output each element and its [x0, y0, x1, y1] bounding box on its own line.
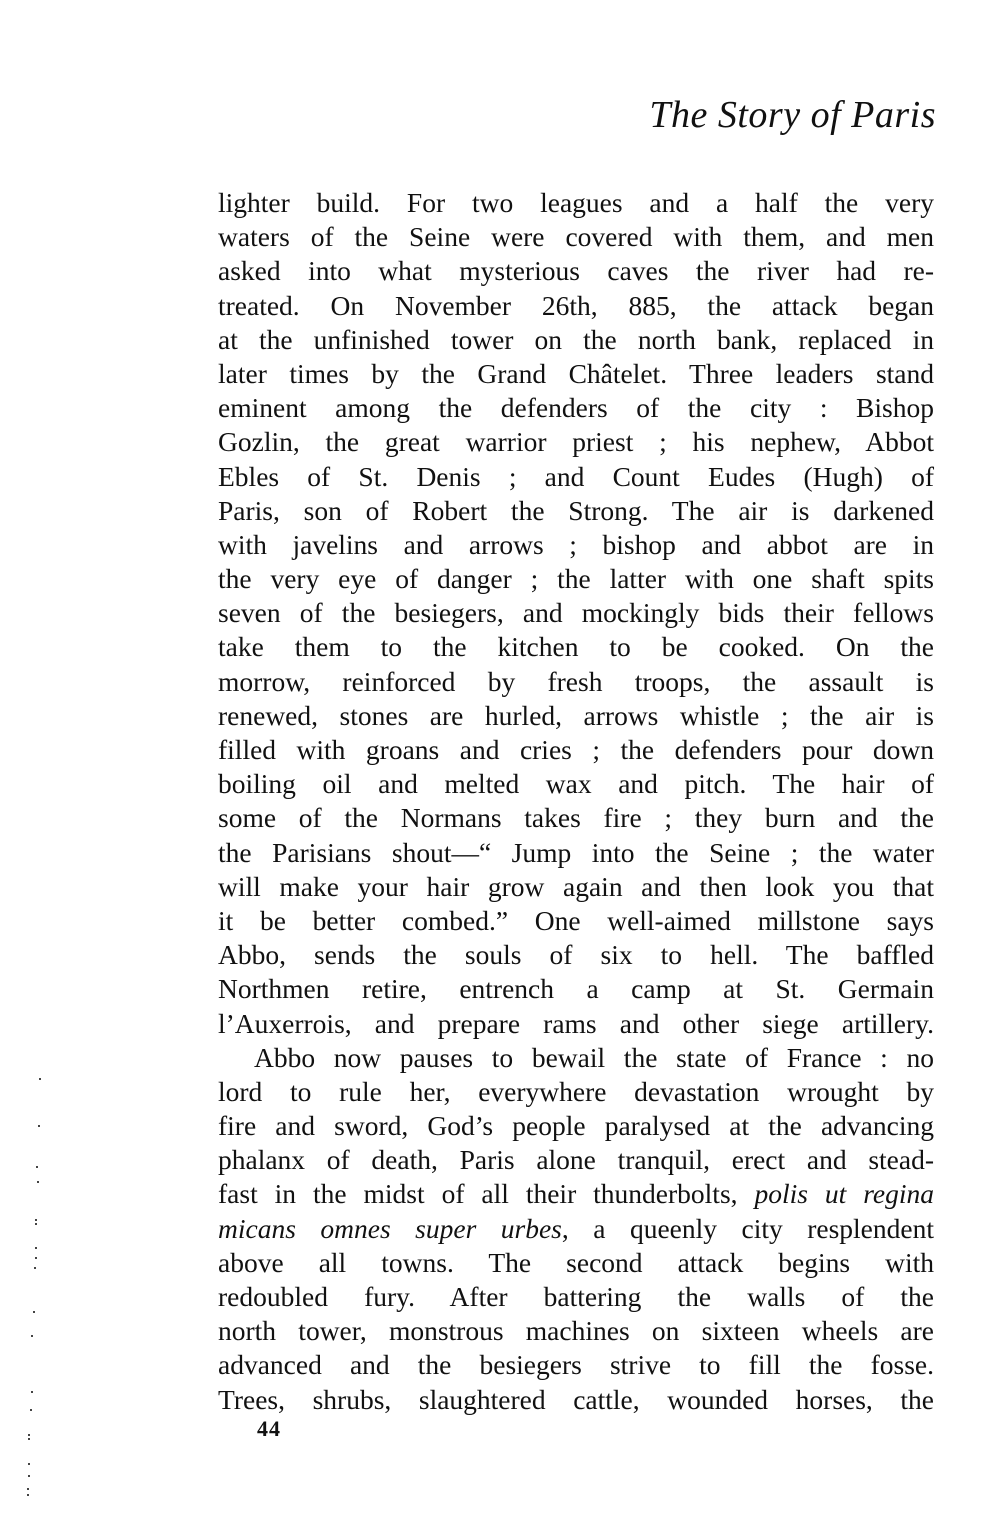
running-head-title: The Story of Paris	[649, 96, 936, 134]
text-line: the very eye of danger ; the latter with…	[218, 562, 934, 596]
text-line: seven of the besiegers, and mockingly bi…	[218, 596, 934, 630]
text-line: treated. On November 26th, 885, the atta…	[218, 289, 934, 323]
text-line: above all towns. The second attack begin…	[218, 1246, 934, 1280]
text-line: phalanx of death, Paris alone tranquil, …	[218, 1143, 934, 1177]
text-line: Paris, son of Robert the Strong. The air…	[218, 494, 934, 528]
text-line: will make your hair grow again and then …	[218, 870, 934, 904]
text-fragment: , a queenly city resplendent	[562, 1213, 934, 1244]
latin-quotation: micans omnes super urbes	[218, 1213, 562, 1244]
text-line: renewed, stones are hurled, arrows whist…	[218, 699, 934, 733]
text-line: Gozlin, the great warrior priest ; his n…	[218, 425, 934, 459]
body-text: lighter build. For two leagues and a hal…	[218, 186, 934, 1417]
text-line: waters of the Seine were covered with th…	[218, 220, 934, 254]
text-line: lighter build. For two leagues and a hal…	[218, 186, 934, 220]
text-line: advanced and the besiegers strive to fil…	[218, 1348, 934, 1382]
text-line-with-latin: micans omnes super urbes, a queenly city…	[218, 1212, 934, 1246]
text-line: lord to rule her, everywhere devastation…	[218, 1075, 934, 1109]
text-line: it be better combed.” One well-aimed mil…	[218, 904, 934, 938]
text-line: Trees, shrubs, slaughtered cattle, wound…	[218, 1383, 934, 1417]
text-line: at the unfinished tower on the north ban…	[218, 323, 934, 357]
text-line-with-latin: fast in the midst of all their thunderbo…	[218, 1177, 934, 1211]
text-line: filled with groans and cries ; the defen…	[218, 733, 934, 767]
text-line: eminent among the defenders of the city …	[218, 391, 934, 425]
text-line: morrow, reinforced by fresh troops, the …	[218, 665, 934, 699]
text-line: take them to the kitchen to be cooked. O…	[218, 630, 934, 664]
text-line: l’Auxerrois, and prepare rams and other …	[218, 1007, 934, 1041]
text-line: some of the Normans takes fire ; they bu…	[218, 801, 934, 835]
text-fragment: fast in the midst of all their thunderbo…	[218, 1178, 738, 1209]
page-number: 44	[257, 1416, 281, 1442]
text-line: the Parisians shout—“ Jump into the Sein…	[218, 836, 934, 870]
text-line: Abbo, sends the souls of six to hell. Th…	[218, 938, 934, 972]
text-line: fire and sword, God’s people paralysed a…	[218, 1109, 934, 1143]
text-line: north tower, monstrous machines on sixte…	[218, 1314, 934, 1348]
text-line: Ebles of St. Denis ; and Count Eudes (Hu…	[218, 460, 934, 494]
text-line: asked into what mysterious caves the riv…	[218, 254, 934, 288]
text-line: redoubled fury. After battering the wall…	[218, 1280, 934, 1314]
text-line-indented: Abbo now pauses to bewail the state of F…	[218, 1041, 934, 1075]
scan-margin-specks	[26, 1070, 42, 1510]
text-line: later times by the Grand Châtelet. Three…	[218, 357, 934, 391]
text-line: boiling oil and melted wax and pitch. Th…	[218, 767, 934, 801]
latin-quotation: polis ut regina	[754, 1178, 934, 1209]
text-line: with javelins and arrows ; bishop and ab…	[218, 528, 934, 562]
text-line: Northmen retire, entrench a camp at St. …	[218, 972, 934, 1006]
